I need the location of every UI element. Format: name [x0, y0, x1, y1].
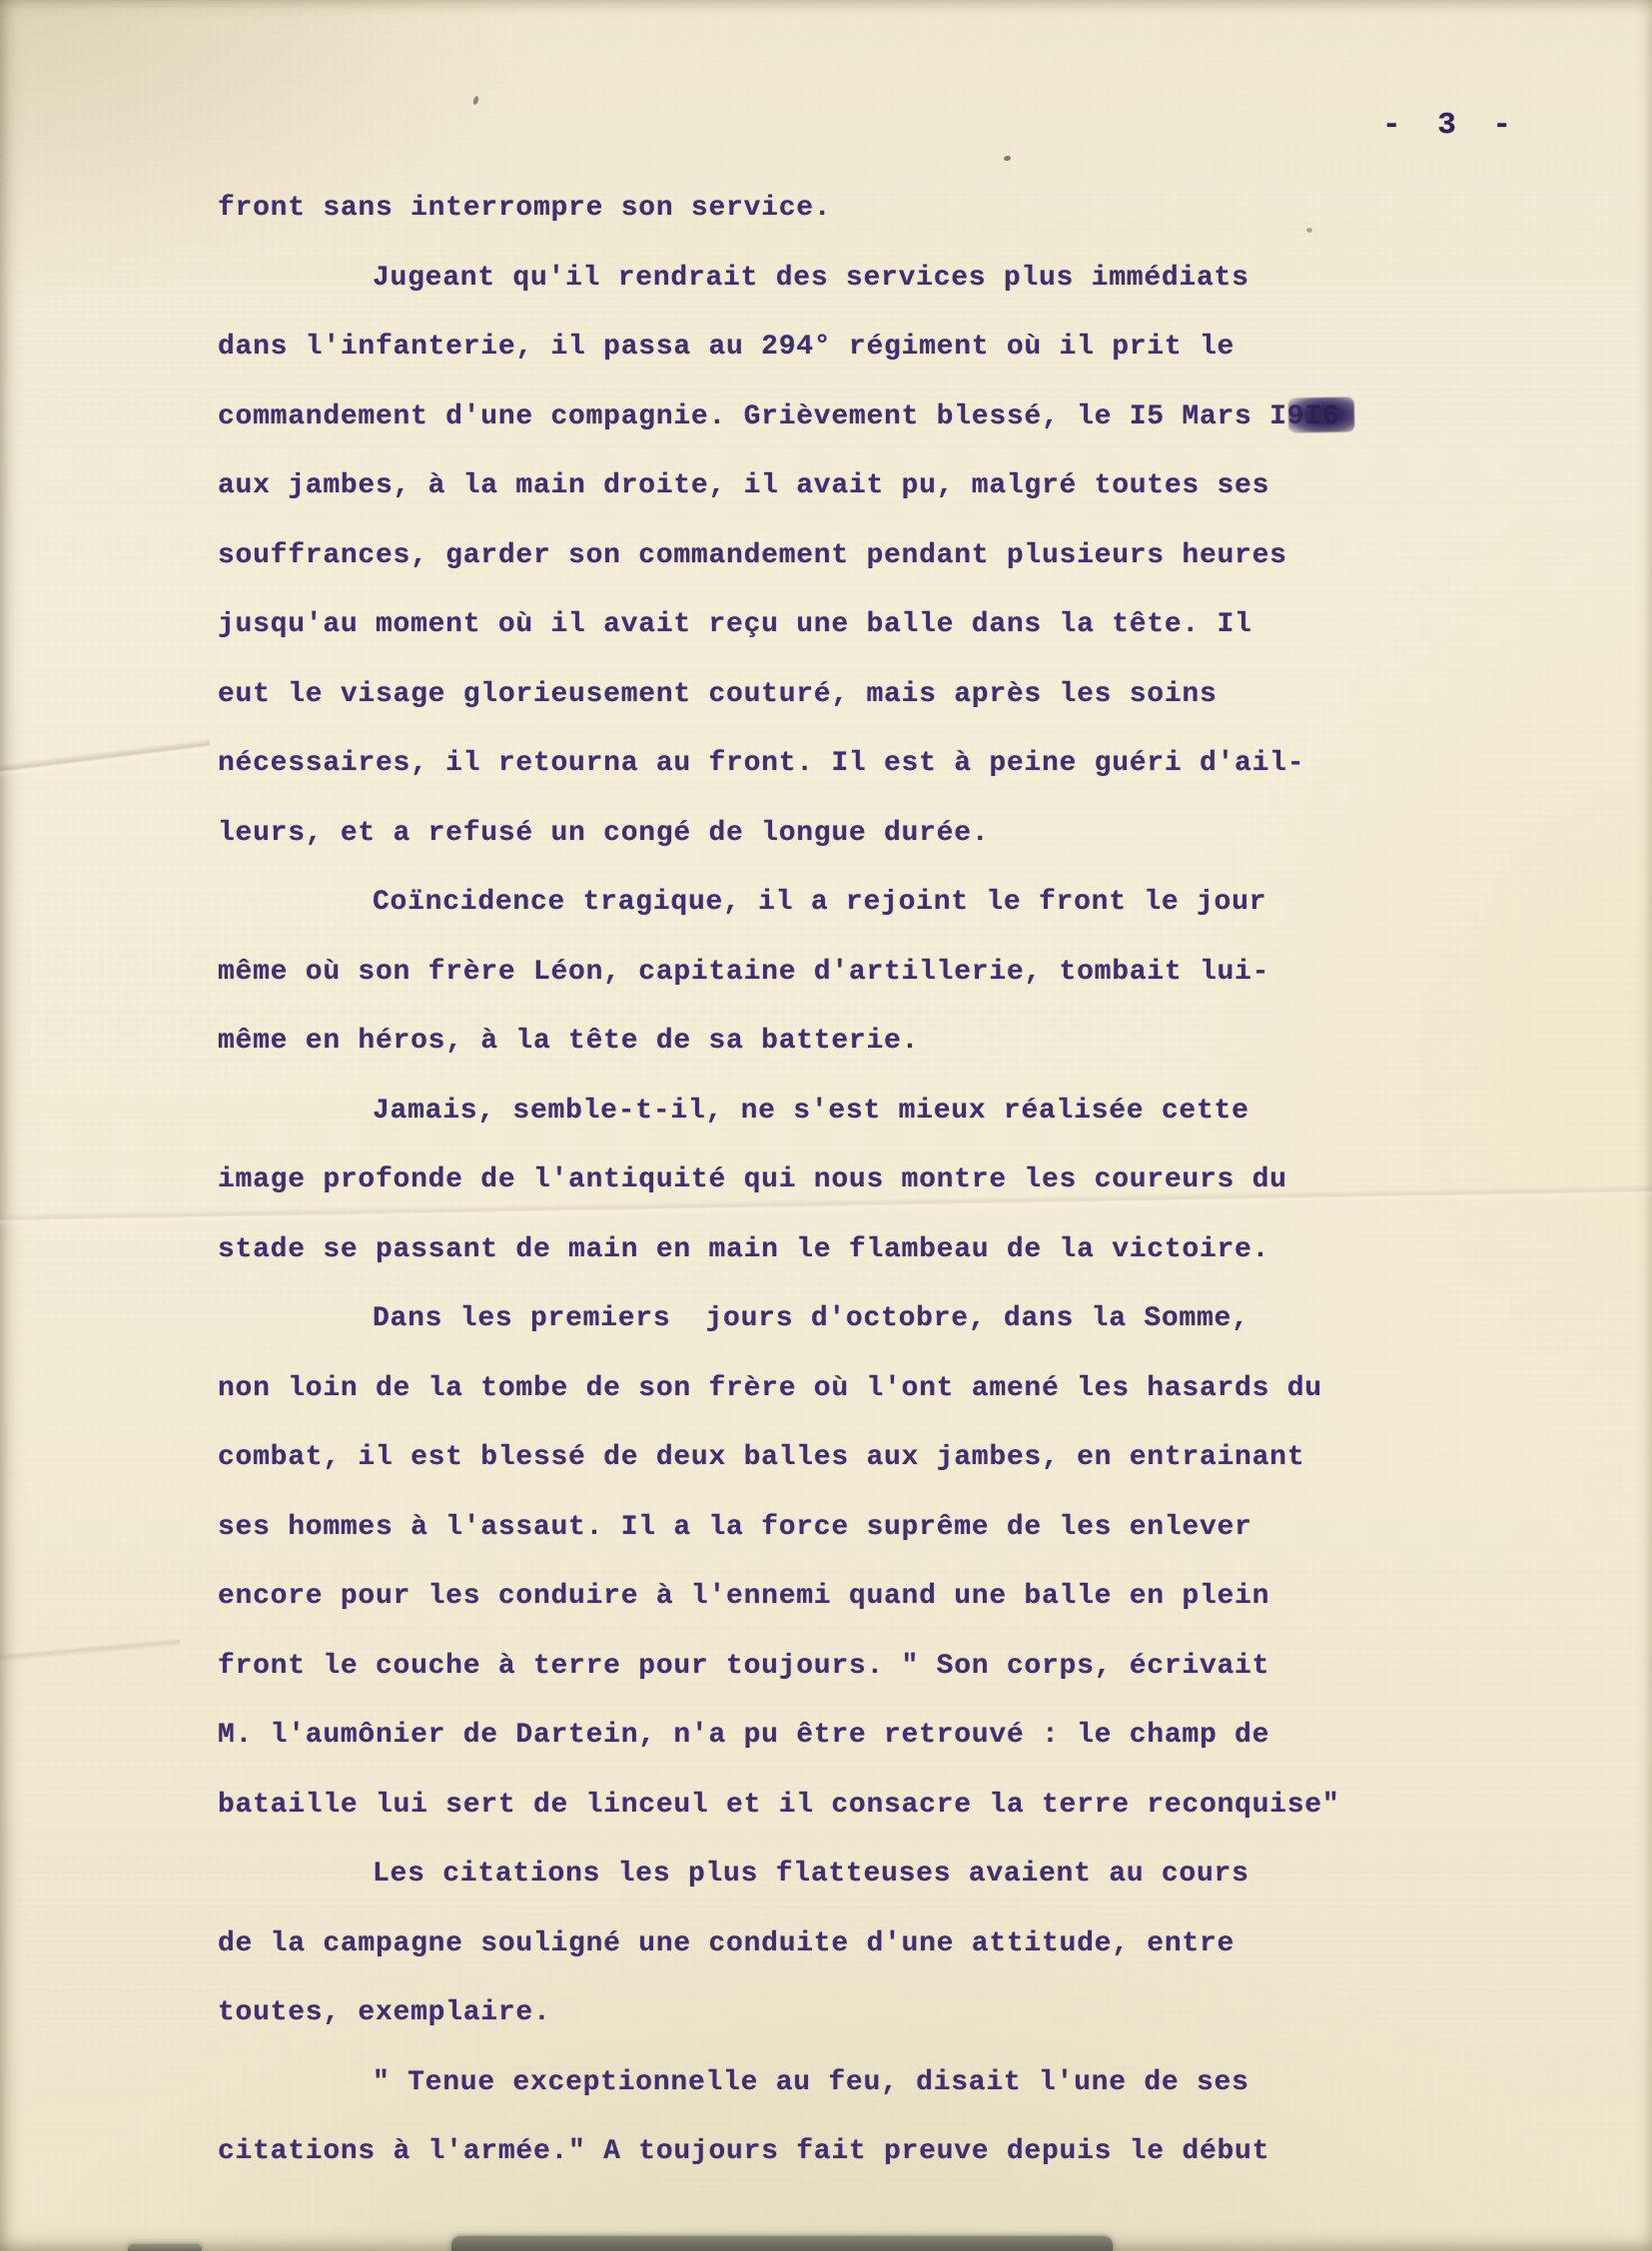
text-line: Jamais, semble-t-il, ne s'est mieux réal…	[218, 1077, 1616, 1146]
paper-crease	[0, 1628, 180, 1670]
text-line: même en héros, à la tête de sa batterie.	[218, 1007, 1616, 1077]
text-line: souffrances, garder son commandement pen…	[218, 521, 1616, 591]
text-line: commandement d'une compagnie. Grièvement…	[218, 382, 1616, 452]
text-line: Coïncidence tragique, il a rejoint le fr…	[218, 868, 1616, 938]
text-line: Dans les premiers jours d'octobre, dans …	[218, 1284, 1616, 1354]
text-line: non loin de la tombe de son frère où l'o…	[218, 1354, 1616, 1424]
text-line: bataille lui sert de linceul et il consa…	[218, 1771, 1616, 1841]
text-line: eut le visage glorieusement couturé, mai…	[218, 660, 1616, 730]
text-line: combat, il est blessé de deux balles aux…	[218, 1423, 1616, 1493]
typewritten-page-scan: - 3 - front sans interrompre son service…	[0, 0, 1652, 2251]
paper-speck	[472, 95, 480, 105]
text-line: leurs, et a refusé un congé de longue du…	[218, 799, 1616, 869]
text-line: M. l'aumônier de Dartein, n'a pu être re…	[218, 1701, 1616, 1771]
paper-speck	[1004, 155, 1012, 161]
text-line: image profonde de l'antiquité qui nous m…	[218, 1145, 1616, 1215]
ink-smudge-overtyped-year	[1288, 396, 1355, 432]
text-line: encore pour les conduire à l'ennemi quan…	[218, 1562, 1616, 1632]
text-line: de la campagne souligné une conduite d'u…	[218, 1909, 1616, 1979]
text-line: aux jambes, à la main droite, il avait p…	[218, 451, 1616, 521]
text-line: dans l'infanterie, il passa au 294° régi…	[218, 313, 1616, 382]
text-line: nécessaires, il retourna au front. Il es…	[218, 729, 1616, 799]
text-line: front sans interrompre son service.	[218, 174, 1616, 244]
scan-edge-shadow	[451, 2236, 1113, 2251]
text-line: Jugeant qu'il rendrait des services plus…	[218, 244, 1616, 314]
text-line: citations à l'armée." A toujours fait pr…	[218, 2117, 1616, 2187]
page-number: - 3 -	[1382, 108, 1520, 143]
text-line: jusqu'au moment où il avait reçu une bal…	[218, 590, 1616, 660]
document-body: front sans interrompre son service.Jugea…	[218, 174, 1616, 2187]
text-line: front le couche à terre pour toujours. "…	[218, 1632, 1616, 1702]
scan-edge-shadow	[128, 2244, 202, 2251]
text-line: ses hommes à l'assaut. Il a la force sup…	[218, 1493, 1616, 1563]
text-line: " Tenue exceptionnelle au feu, disait l'…	[218, 2048, 1616, 2118]
text-line: stade se passant de main en main le flam…	[218, 1215, 1616, 1285]
text-line: toutes, exemplaire.	[218, 1978, 1616, 2048]
text-line: Les citations les plus flatteuses avaien…	[218, 1840, 1616, 1909]
text-line: même où son frère Léon, capitaine d'arti…	[218, 938, 1616, 1008]
paper-crease	[0, 734, 210, 780]
